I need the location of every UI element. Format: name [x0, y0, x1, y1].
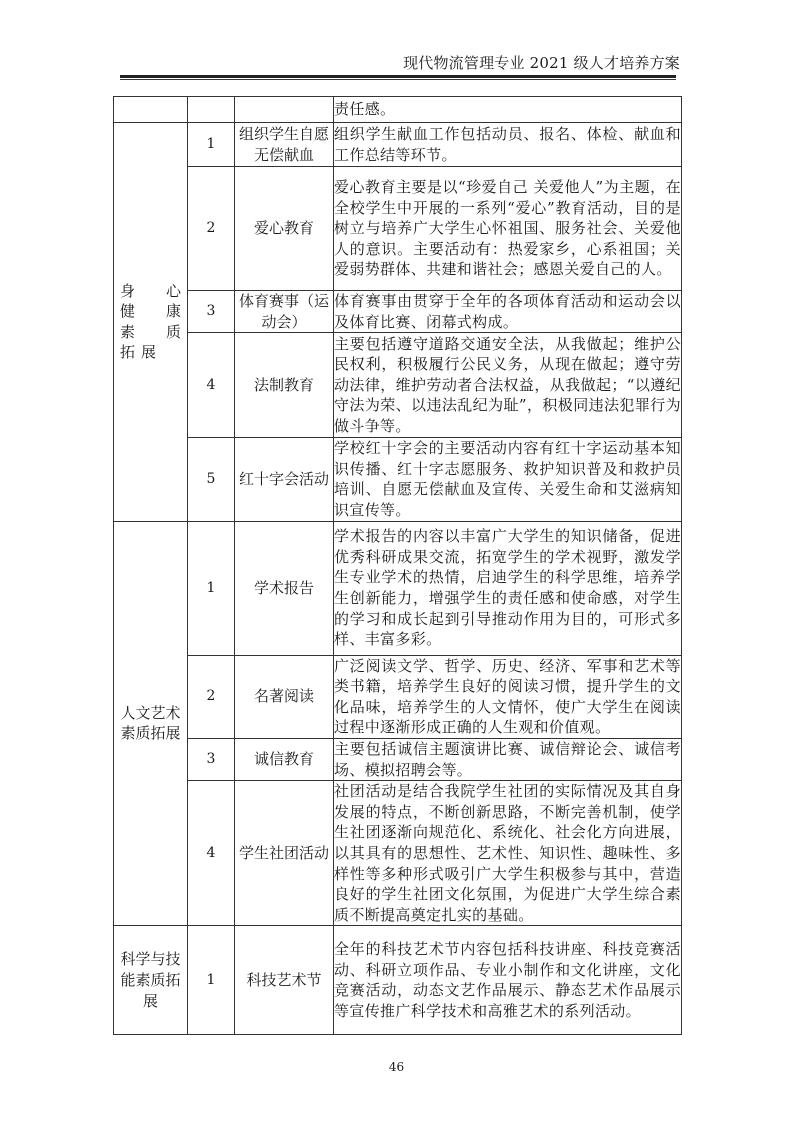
table-row-continuation: 责任感。 — [114, 97, 682, 123]
table-row: 身 心 健 康 素 质 拓展 1 组织学生自愿无偿献血 组织学生献血工作包括动员… — [114, 123, 682, 167]
page-number: 46 — [0, 1060, 793, 1074]
table-row: 人文艺术素质拓展 1 学术报告 学术报告的内容以丰富广大学生的知识储备，促进优秀… — [114, 521, 682, 655]
quality-development-table: 责任感。 身 心 健 康 素 质 拓展 1 组织学生自愿无偿献血 组织学生献血工… — [113, 96, 682, 1035]
number-cell: 2 — [188, 655, 235, 738]
table-row: 3 诚信教育 主要包括诚信主题演讲比赛、诚信辩论会、诚信考场、模拟招聘会等。 — [114, 738, 682, 780]
activity-name-cell: 红十字会活动 — [235, 438, 334, 521]
activity-name-cell: 学生社团活动 — [235, 781, 334, 926]
number-cell — [188, 97, 235, 123]
activity-name-cell: 学术报告 — [235, 521, 334, 655]
header-rule-thin — [120, 79, 676, 80]
description-cell: 责任感。 — [334, 97, 682, 123]
activity-name-cell: 名著阅读 — [235, 655, 334, 738]
table-row: 4 学生社团活动 社团活动是结合我院学生社团的实际情况及其自身发展的特点，不断创… — [114, 781, 682, 926]
description-cell: 社团活动是结合我院学生社团的实际情况及其自身发展的特点，不断创新思路，不断完善机… — [334, 781, 682, 926]
activity-name-cell: 组织学生自愿无偿献血 — [235, 123, 334, 167]
number-cell: 1 — [188, 521, 235, 655]
number-cell: 4 — [188, 781, 235, 926]
description-cell: 主要包括遵守道路交通安全法，从我做起；维护公民权利，积极履行公民义务，从现在做起… — [334, 333, 682, 438]
description-cell: 爱心教育主要是以“珍爱自己 关爱他人”为主题，在全校学生中开展的一系列“爱心”教… — [334, 167, 682, 291]
activity-name-cell: 科技艺术节 — [235, 926, 334, 1035]
description-cell: 体育赛事由贯穿于全年的各项体育活动和运动会以及体育比赛、闭幕式构成。 — [334, 291, 682, 333]
description-cell: 组织学生献血工作包括动员、报名、体检、献血和工作总结等环节。 — [334, 123, 682, 167]
table-row: 4 法制教育 主要包括遵守道路交通安全法，从我做起；维护公民权利，积极履行公民义… — [114, 333, 682, 438]
table-row: 2 爱心教育 爱心教育主要是以“珍爱自己 关爱他人”为主题，在全校学生中开展的一… — [114, 167, 682, 291]
header-rule-thick — [120, 75, 676, 78]
table-row: 2 名著阅读 广泛阅读文学、哲学、历史、经济、军事和艺术等类书籍，培养学生良好的… — [114, 655, 682, 738]
category-cell-humanities-arts: 人文艺术素质拓展 — [114, 521, 188, 926]
activity-name-cell: 体育赛事（运动会） — [235, 291, 334, 333]
number-cell: 2 — [188, 167, 235, 291]
table-row: 科学与技能素质拓展 1 科技艺术节 全年的科技艺术节内容包括科技讲座、科技竞赛活… — [114, 926, 682, 1035]
description-cell: 学术报告的内容以丰富广大学生的知识储备，促进优秀科研成果交流，拓宽学生的学术视野… — [334, 521, 682, 655]
category-cell — [114, 97, 188, 123]
number-cell: 3 — [188, 291, 235, 333]
number-cell: 3 — [188, 738, 235, 780]
description-cell: 主要包括诚信主题演讲比赛、诚信辩论会、诚信考场、模拟招聘会等。 — [334, 738, 682, 780]
number-cell: 1 — [188, 123, 235, 167]
activity-name-cell — [235, 97, 334, 123]
number-cell: 5 — [188, 438, 235, 521]
page-header-title: 现代物流管理专业 2021 级人才培养方案 — [380, 52, 680, 73]
number-cell: 1 — [188, 926, 235, 1035]
activity-name-cell: 诚信教育 — [235, 738, 334, 780]
description-cell: 广泛阅读文学、哲学、历史、经济、军事和艺术等类书籍，培养学生良好的阅读习惯，提升… — [334, 655, 682, 738]
description-cell: 学校红十字会的主要活动内容有红十字运动基本知识传播、红十字志愿服务、救护知识普及… — [334, 438, 682, 521]
category-cell-physical-mental-health: 身 心 健 康 素 质 拓展 — [114, 123, 188, 522]
header-double-rule — [120, 75, 676, 81]
description-cell: 全年的科技艺术节内容包括科技讲座、科技竞赛活动、科研立项作品、专业小制作和文化讲… — [334, 926, 682, 1035]
table-row: 5 红十字会活动 学校红十字会的主要活动内容有红十字运动基本知识传播、红十字志愿… — [114, 438, 682, 521]
activity-name-cell: 法制教育 — [235, 333, 334, 438]
number-cell: 4 — [188, 333, 235, 438]
activity-name-cell: 爱心教育 — [235, 167, 334, 291]
table-row: 3 体育赛事（运动会） 体育赛事由贯穿于全年的各项体育活动和运动会以及体育比赛、… — [114, 291, 682, 333]
category-cell-science-skills: 科学与技能素质拓展 — [114, 926, 188, 1035]
